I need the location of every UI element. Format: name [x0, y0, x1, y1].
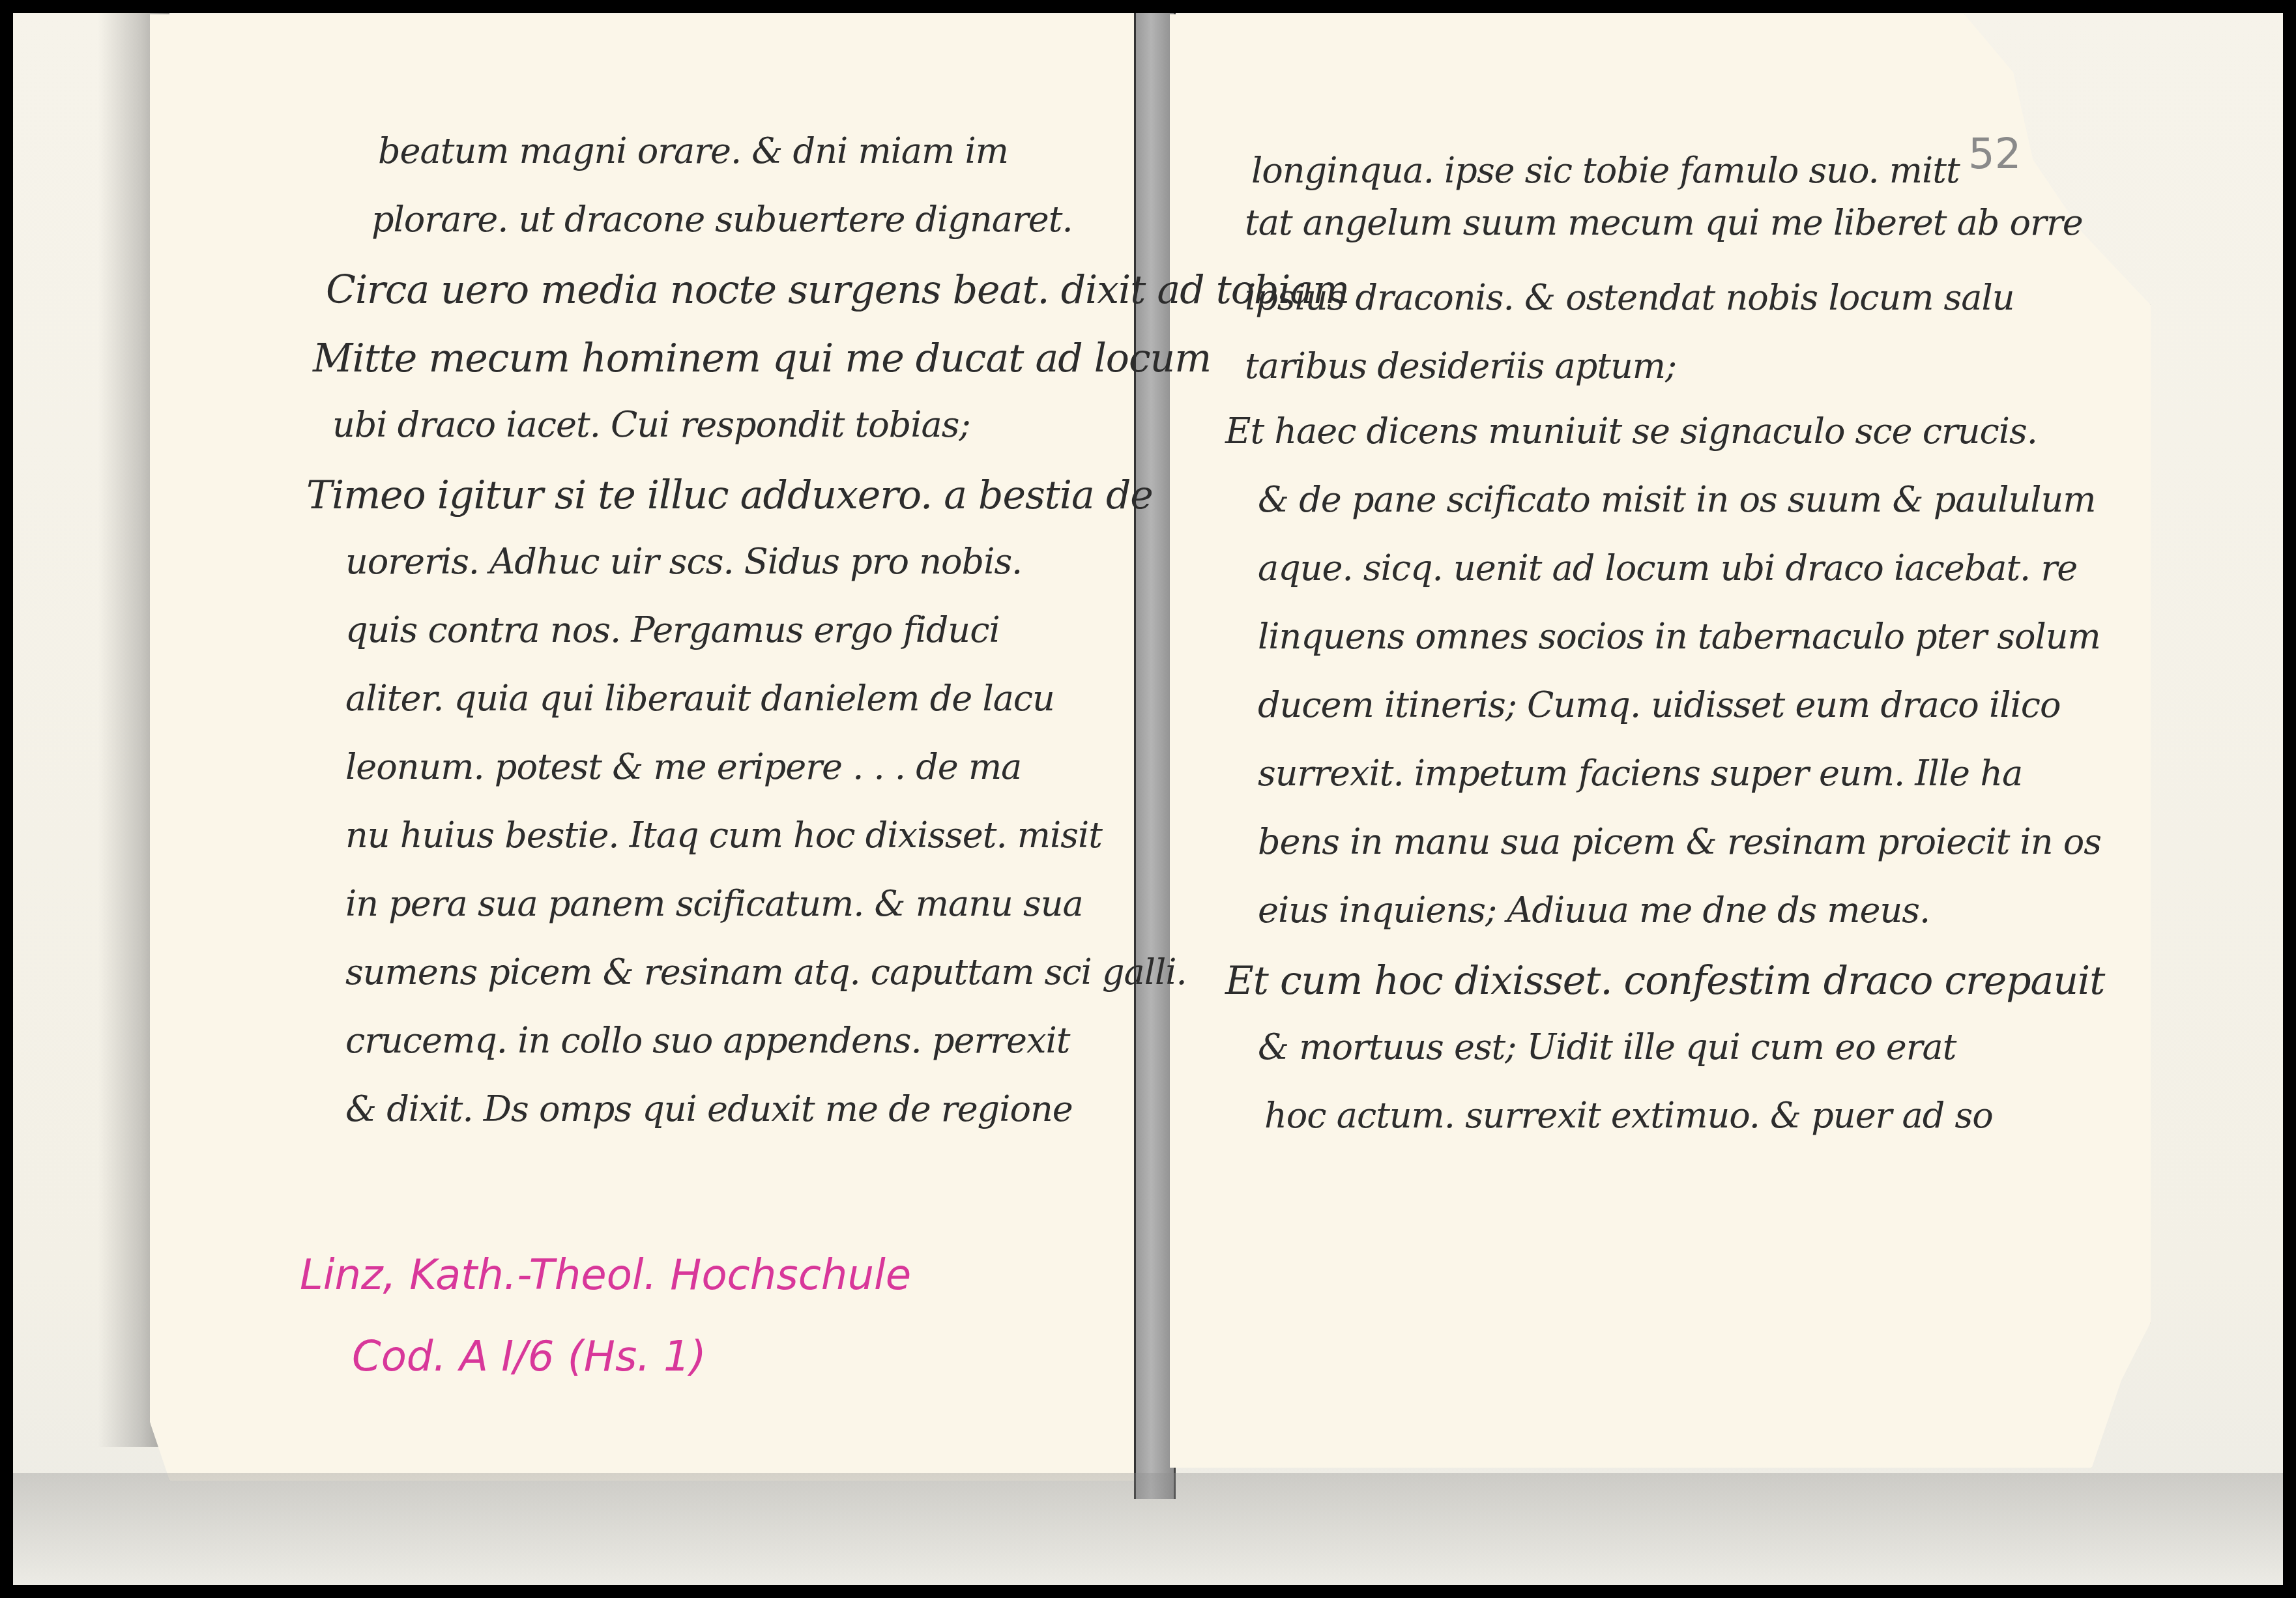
manuscript-line: hoc actum. surrexit extimuo. & puer ad s… [1264, 1095, 1993, 1136]
manuscript-line: aque. sicq. uenit ad locum ubi draco iac… [1258, 547, 2077, 588]
manuscript-line: Mitte mecum hominem qui me ducat ad locu… [313, 336, 1211, 381]
manuscript-line: leonum. potest & me eripere . . . de ma [345, 746, 1021, 787]
manuscript-line: ipsius draconis. & ostendat nobis locum … [1245, 277, 2014, 318]
manuscript-line: uoreris. Adhuc uir scs. Sidus pro nobis. [345, 541, 1022, 582]
manuscript-line: plorare. ut dracone subuertere dignaret. [371, 199, 1073, 240]
manuscript-line: sumens picem & resinam atq. caputtam sci… [345, 952, 1187, 993]
manuscript-line: & de pane scificato misit in os suum & p… [1258, 479, 2096, 520]
manuscript-line: taribus desideriis aptum; [1245, 345, 1676, 386]
book-gutter [1134, 13, 1176, 1499]
manuscript-line: beatum magni orare. & dni miam im [378, 130, 1008, 171]
manuscript-line: Timeo igitur si te illuc adduxero. a bes… [306, 472, 1153, 518]
manuscript-line: eius inquiens; Adiuua me dne ds meus. [1258, 890, 1930, 931]
manuscript-line: crucemq. in collo suo appendens. perrexi… [345, 1020, 1069, 1061]
manuscript-line: quis contra nos. Pergamus ergo fiduci [345, 609, 1000, 650]
library-annotation-line-1: Linz, Kath.-Theol. Hochschule [300, 1251, 911, 1300]
manuscript-line: surrexit. impetum faciens super eum. Ill… [1258, 753, 2022, 794]
manuscript-line: tat angelum suum mecum qui me liberet ab… [1245, 202, 2083, 243]
manuscript-line: & mortuus est; Uidit ille qui cum eo era… [1258, 1026, 1956, 1068]
manuscript-line: bens in manu sua picem & resinam proieci… [1258, 821, 2101, 862]
manuscript-line: Et cum hoc dixisset. confestim draco cre… [1225, 958, 2104, 1004]
folio-number: 52 [1968, 130, 2021, 179]
bottom-shadow [13, 1473, 2283, 1585]
shelfmark-annotation: Cod. A I/6 (Hs. 1) [352, 1333, 706, 1381]
manuscript-line: & dixit. Ds omps qui eduxit me de region… [345, 1088, 1073, 1129]
manuscript-line: Et haec dicens muniuit se signaculo sce … [1225, 411, 2037, 452]
manuscript-line: ducem itineris; Cumq. uidisset eum draco… [1258, 684, 2061, 725]
manuscript-line: in pera sua panem scificatum. & manu sua [345, 883, 1083, 924]
manuscript-line: longinqua. ipse sic tobie famulo suo. mi… [1251, 150, 1960, 191]
manuscript-line: aliter. quia qui liberauit danielem de l… [345, 678, 1054, 719]
manuscript-line: nu huius bestie. Itaq cum hoc dixisset. … [345, 815, 1102, 856]
manuscript-line: linquens omnes socios in tabernaculo pte… [1258, 616, 2100, 657]
manuscript-line: ubi draco iacet. Cui respondit tobias; [332, 404, 970, 445]
manuscript-line: Circa uero media nocte surgens beat. dix… [326, 267, 1349, 313]
